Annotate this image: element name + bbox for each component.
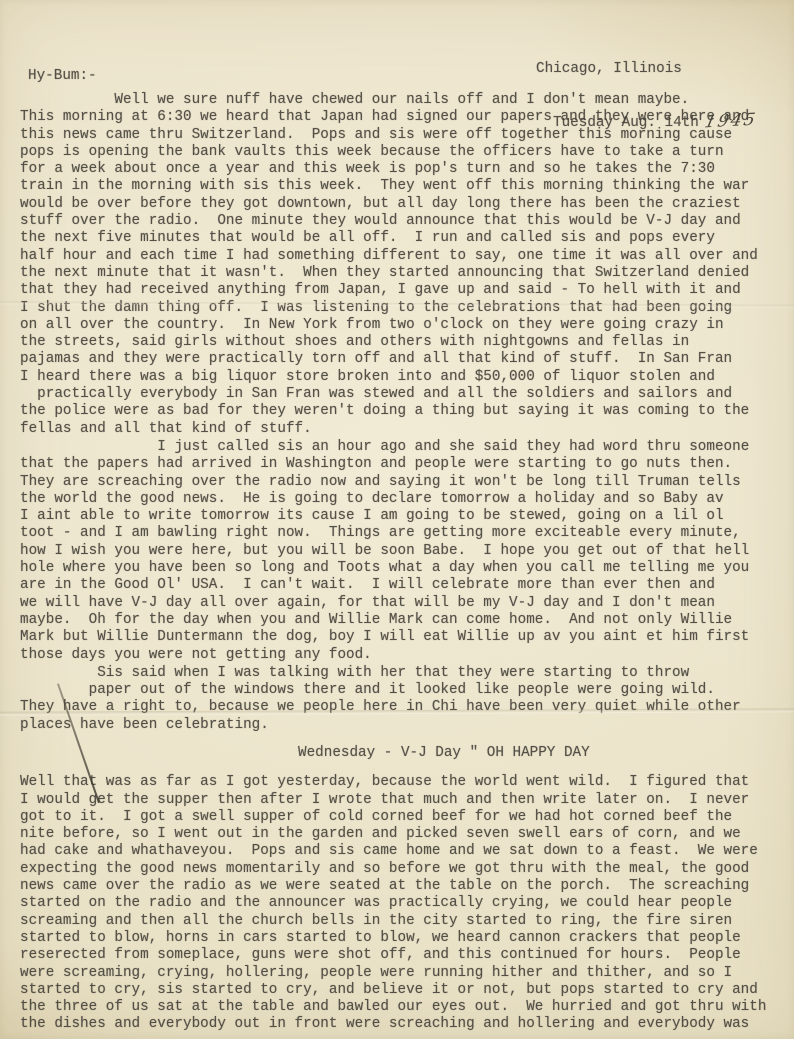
paragraph-2: I just called sis an hour ago and she sa… <box>20 439 790 664</box>
salutation: Hy-Bum:- <box>28 68 97 85</box>
letter-body: Well we sure nuff have chewed our nails … <box>20 92 790 1035</box>
paragraph-3: Sis said when I was talking with her tha… <box>20 665 790 734</box>
paragraph-4: Well that was as far as I got yesterday,… <box>20 774 790 1033</box>
vj-day-heading: Wednesday - V-J Day " OH HAPPY DAY <box>298 745 790 762</box>
letter-page: Chicago, Illinois Tuesday Aug. 14th1945 … <box>0 0 794 1039</box>
letter-location: Chicago, Illinois <box>536 61 756 78</box>
paragraph-1: Well we sure nuff have chewed our nails … <box>20 92 790 438</box>
